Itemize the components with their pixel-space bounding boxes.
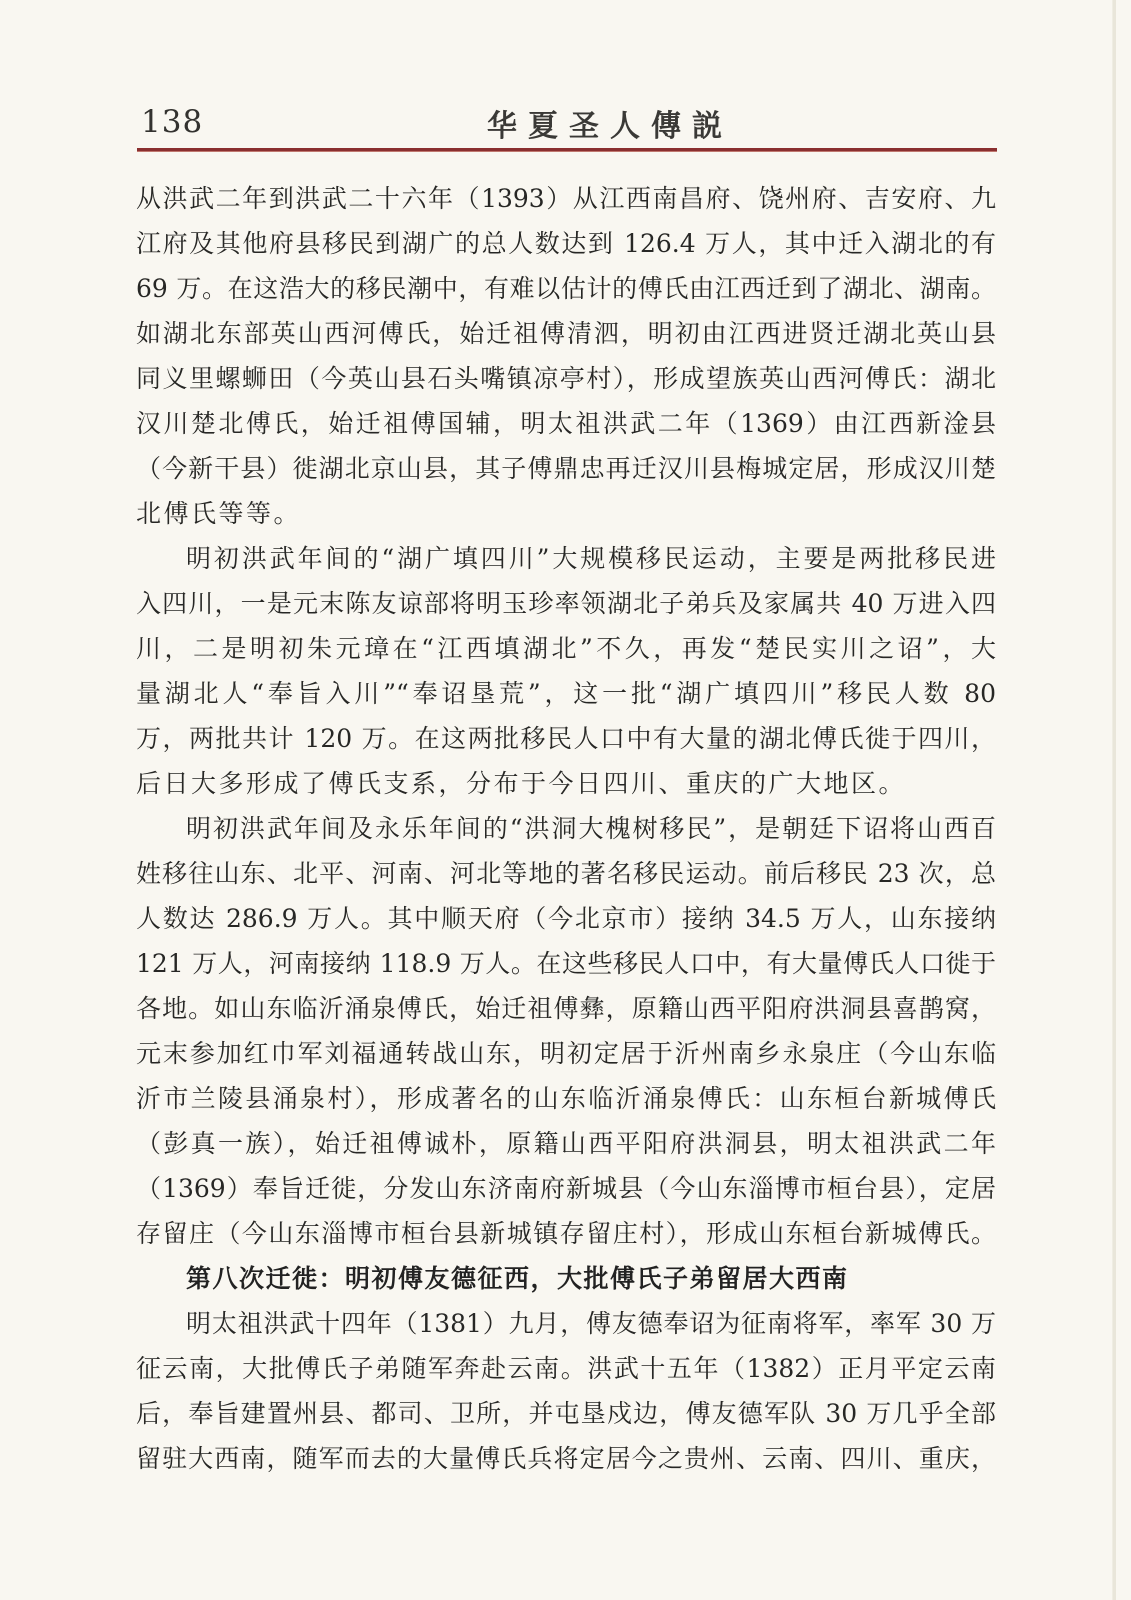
body-line: 69 万。在这浩大的移民潮中，有难以估计的傅氏由江西迁到了湖北、湖南。: [136, 266, 996, 311]
body-line: 人数达 286.9 万人。其中顺天府（今北京市）接纳 34.5 万人，山东接纳: [136, 896, 996, 941]
book-page: 138 华夏圣人傳説 从洪武二年到洪武二十六年（1393）从江西南昌府、饶州府、…: [0, 0, 1131, 1600]
body-line: 汉川楚北傅氏，始迁祖傅国辅，明太祖洪武二年（1369）由江西新淦县: [136, 401, 996, 446]
body-line: 量湖北人“奉旨入川”“奉诏垦荒”，这一批“湖广填四川”移民人数 80: [136, 671, 996, 716]
body-line: 后，奉旨建置州县、都司、卫所，并屯垦戍边，傅友德军队 30 万几乎全部: [136, 1391, 996, 1436]
section-heading: 第八次迁徙：明初傅友德征西，大批傅氏子弟留居大西南: [136, 1256, 996, 1301]
body-line: 各地。如山东临沂涌泉傅氏，始迁祖傅彝，原籍山西平阳府洪洞县喜鹊窝，: [136, 986, 996, 1031]
body-line: 留驻大西南，随军而去的大量傅氏兵将定居今之贵州、云南、四川、重庆，: [136, 1436, 996, 1481]
body-line: 沂市兰陵县涌泉村），形成著名的山东临沂涌泉傅氏：山东桓台新城傅氏: [136, 1076, 996, 1121]
body-line: 明初洪武年间及永乐年间的“洪洞大槐树移民”，是朝廷下诏将山西百: [136, 806, 996, 851]
body-line: 从洪武二年到洪武二十六年（1393）从江西南昌府、饶州府、吉安府、九: [136, 176, 996, 221]
body-line: 121 万人，河南接纳 118.9 万人。在这些移民人口中，有大量傅氏人口徙于: [136, 941, 996, 986]
body-line: 元末参加红巾军刘福通转战山东，明初定居于沂州南乡永泉庄（今山东临: [136, 1031, 996, 1076]
body-line: （今新干县）徙湖北京山县，其子傅鼎忠再迁汉川县梅城定居，形成汉川楚: [136, 446, 996, 491]
running-head-title: 华夏圣人傳説: [180, 101, 1040, 145]
body-line: 存留庄（今山东淄博市桓台县新城镇存留庄村），形成山东桓台新城傅氏。: [136, 1211, 996, 1256]
body-line: 姓移往山东、北平、河南、河北等地的著名移民运动。前后移民 23 次，总: [136, 851, 996, 896]
body-line: 入四川，一是元末陈友谅部将明玉珍率领湖北子弟兵及家属共 40 万进入四: [136, 581, 996, 626]
body-line: 江府及其他府县移民到湖广的总人数达到 126.4 万人，其中迁入湖北的有: [136, 221, 996, 266]
body-line: 如湖北东部英山西河傅氏，始迁祖傅清泗，明初由江西进贤迁湖北英山县: [136, 311, 996, 356]
body-line: 万，两批共计 120 万。在这两批移民人口中有大量的湖北傅氏徙于四川，: [136, 716, 996, 761]
body-line: 川，二是明初朱元璋在“江西填湖北”不久，再发“楚民实川之诏”，大: [136, 626, 996, 671]
body-line: （1369）奉旨迁徙，分发山东济南府新城县（今山东淄博市桓台县），定居: [136, 1166, 996, 1211]
body-line: 征云南，大批傅氏子弟随军奔赴云南。洪武十五年（1382）正月平定云南: [136, 1346, 996, 1391]
body-line: （彭真一族），始迁祖傅诚朴，原籍山西平阳府洪洞县，明太祖洪武二年: [136, 1121, 996, 1166]
page-edge-line: [1112, 0, 1116, 1600]
body-line: 明太祖洪武十四年（1381）九月，傅友德奉诏为征南将军，率军 30 万: [136, 1301, 996, 1346]
body-line: 同义里螺蛳田（今英山县石头嘴镇凉亭村），形成望族英山西河傅氏：湖北: [136, 356, 996, 401]
body-line: 北傅氏等等。: [136, 491, 996, 536]
page-body: 从洪武二年到洪武二十六年（1393）从江西南昌府、饶州府、吉安府、九江府及其他府…: [136, 176, 996, 1481]
header-rule: [137, 148, 997, 152]
body-line: 明初洪武年间的“湖广填四川”大规模移民运动，主要是两批移民进: [136, 536, 996, 581]
body-line: 后日大多形成了傅氏支系，分布于今日四川、重庆的广大地区。: [136, 761, 996, 806]
